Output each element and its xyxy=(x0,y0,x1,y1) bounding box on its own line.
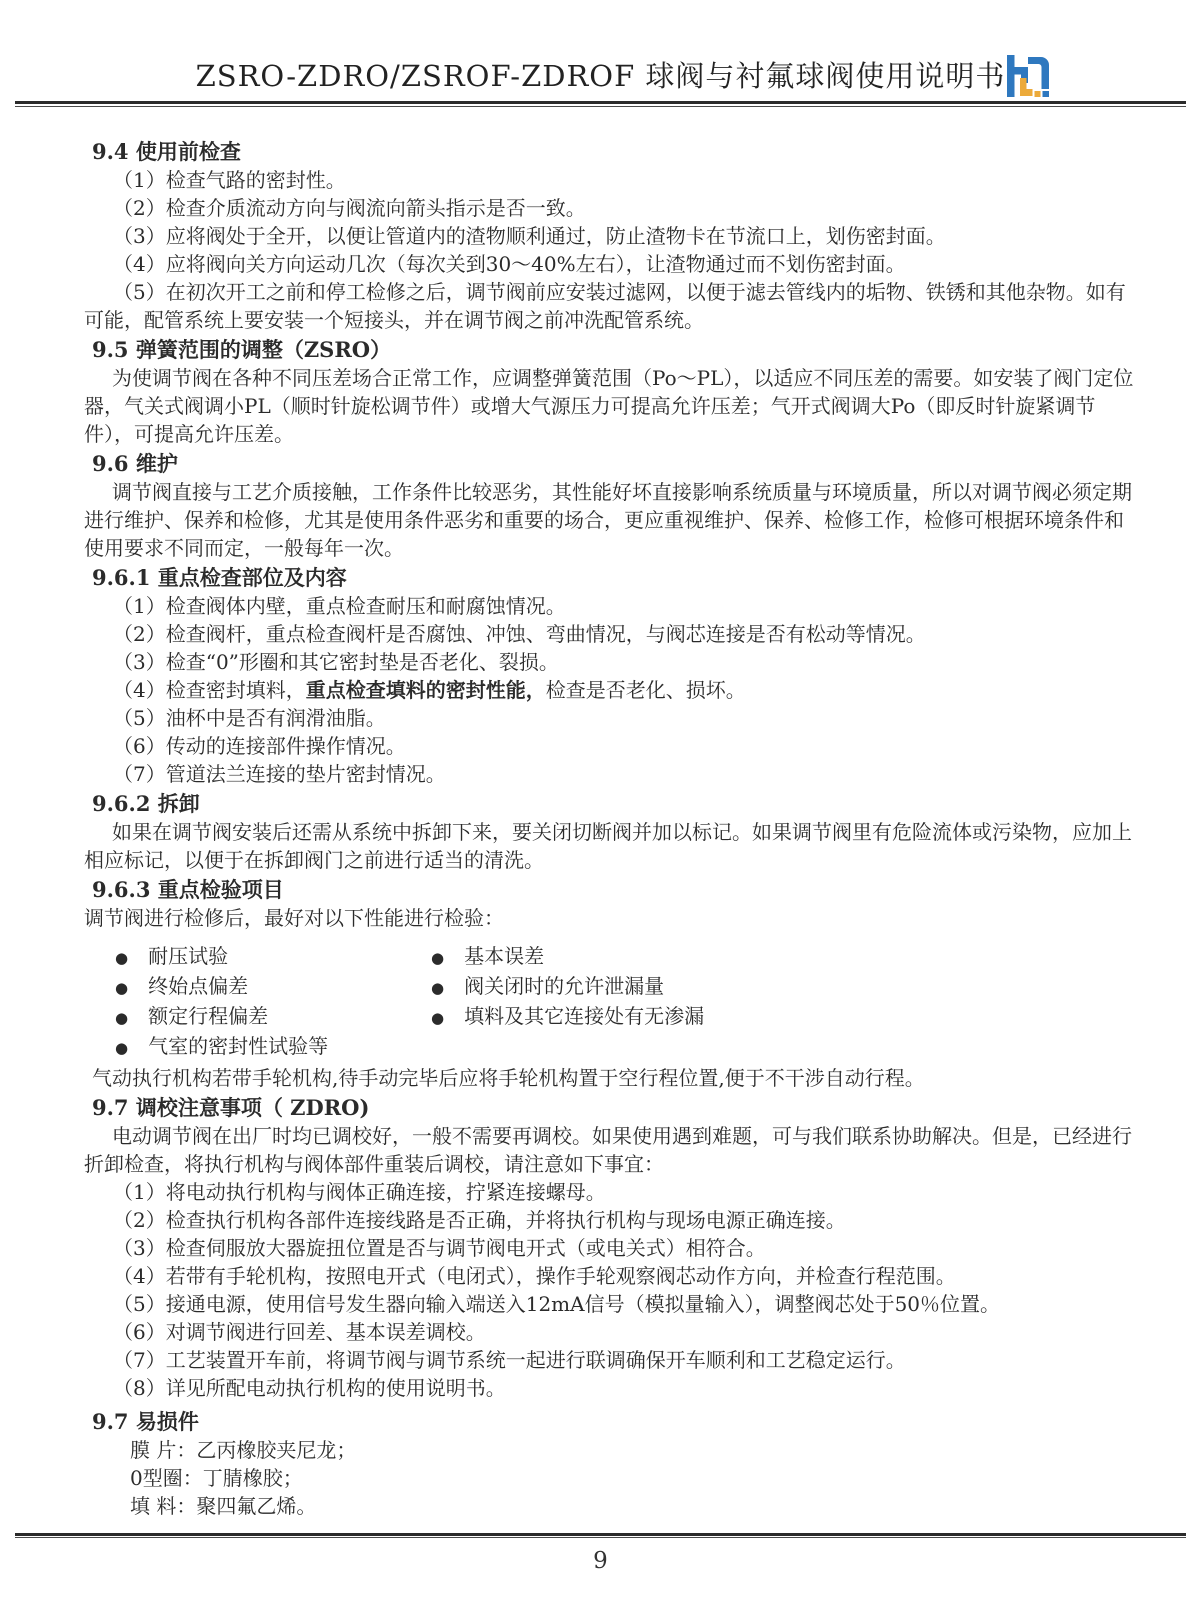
bullet-item: ●终始点偏差 xyxy=(115,972,431,1002)
heading-9-6-1: 9.6.1 重点检查部位及内容 xyxy=(84,564,1135,592)
list-item: （3）检查“0”形圈和其它密封垫是否老化、裂损。 xyxy=(84,648,1135,676)
company-logo-icon xyxy=(1007,52,1049,102)
heading-9-6: 9.6 维护 xyxy=(84,450,1135,478)
bullet-icon: ● xyxy=(115,1034,128,1062)
heading-9-6-2: 9.6.2 拆卸 xyxy=(84,790,1135,818)
list-item: （1）将电动执行机构与阀体正确连接，拧紧连接螺母。 xyxy=(84,1178,1135,1206)
bullet-icon: ● xyxy=(115,974,128,1002)
footer-divider xyxy=(15,1533,1186,1538)
list-item: （1）检查阀体内壁，重点检查耐压和耐腐蚀情况。 xyxy=(84,592,1135,620)
bullet-label: 填料及其它连接处有无渗漏 xyxy=(464,1002,704,1030)
list-item: （1）检查气路的密封性。 xyxy=(84,166,1135,194)
heading-9-7-wear-parts: 9.7 易损件 xyxy=(84,1408,1135,1436)
list-item: （5）油杯中是否有润滑油脂。 xyxy=(84,704,1135,732)
list-item: （2）检查阀杆，重点检查阀杆是否腐蚀、冲蚀、弯曲情况，与阀芯连接是否有松动等情况… xyxy=(84,620,1135,648)
list-item: （7）管道法兰连接的垫片密封情况。 xyxy=(84,760,1135,788)
list-item: （3）检查伺服放大器旋扭位置是否与调节阀电开式（或电关式）相符合。 xyxy=(84,1234,1135,1262)
list-item: （2）检查执行机构各部件连接线路是否正确，并将执行机构与现场电源正确连接。 xyxy=(84,1206,1135,1234)
bullet-item: ●耐压试验 xyxy=(115,942,431,972)
bullet-icon: ● xyxy=(431,944,444,972)
list-item: （6）传动的连接部件操作情况。 xyxy=(84,732,1135,760)
manual-page: ZSRO-ZDRO/ZSROF-ZDROF 球阀与衬氟球阀使用说明书 9.4 使… xyxy=(0,0,1201,1616)
page-number: 9 xyxy=(0,1548,1201,1574)
bullet-icon: ● xyxy=(431,974,444,1002)
bullet-item: ●基本误差 xyxy=(431,942,1135,972)
bullet-item: ●额定行程偏差 xyxy=(115,1002,431,1032)
list-item: （5）在初次开工之前和停工检修之后，调节阀前应安装过滤网，以便于滤去管线内的垢物… xyxy=(84,278,1135,334)
paragraph: 为使调节阀在各种不同压差场合正常工作，应调整弹簧范围（Po～PL），以适应不同压… xyxy=(84,364,1135,448)
emphasized-text: 重点检查填料的密封性能， xyxy=(306,678,546,702)
bullet-label: 基本误差 xyxy=(464,942,544,970)
bullet-label: 阀关闭时的允许泄漏量 xyxy=(464,972,664,1000)
bullet-label: 额定行程偏差 xyxy=(148,1002,268,1030)
list-item: （6）对调节阀进行回差、基本误差调校。 xyxy=(84,1318,1135,1346)
wear-part-line: 0型圈：丁腈橡胶； xyxy=(84,1464,1135,1492)
list-item-text: （4）检查密封填料， xyxy=(113,678,306,702)
list-item: （7）工艺装置开车前，将调节阀与调节系统一起进行联调确保开车顺利和工艺稳定运行。 xyxy=(84,1346,1135,1374)
bullet-label: 耐压试验 xyxy=(148,942,228,970)
heading-9-6-3: 9.6.3 重点检验项目 xyxy=(84,876,1135,904)
heading-9-4: 9.4 使用前检查 xyxy=(84,138,1135,166)
bullet-label: 气室的密封性试验等 xyxy=(148,1032,328,1060)
list-item: （4）应将阀向关方向运动几次（每次关到30～40%左右），让渣物通过而不划伤密封… xyxy=(84,250,1135,278)
page-content: 9.4 使用前检查 （1）检查气路的密封性。 （2）检查介质流动方向与阀流向箭头… xyxy=(0,106,1201,1520)
bullet-icon: ● xyxy=(115,1004,128,1032)
paragraph: 调节阀进行检修后，最好对以下性能进行检验： xyxy=(84,904,1135,932)
list-item: （4）若带有手轮机构，按照电开式（电闭式），操作手轮观察阀芯动作方向，并检查行程… xyxy=(84,1262,1135,1290)
list-item: （4）检查密封填料，重点检查填料的密封性能，检查是否老化、损坏。 xyxy=(84,676,1135,704)
wear-part-line: 膜 片：乙丙橡胶夹尼龙； xyxy=(84,1436,1135,1464)
list-item: （2）检查介质流动方向与阀流向箭头指示是否一致。 xyxy=(84,194,1135,222)
heading-9-5: 9.5 弹簧范围的调整（ZSRO） xyxy=(84,336,1135,364)
bullet-icon: ● xyxy=(431,1004,444,1032)
paragraph: 电动调节阀在出厂时均已调校好，一般不需要再调校。如果使用遇到难题，可与我们联系协… xyxy=(84,1122,1135,1178)
wear-part-line: 填 料：聚四氟乙烯。 xyxy=(84,1492,1135,1520)
bullet-label: 终始点偏差 xyxy=(148,972,248,1000)
bullet-item: ●气室的密封性试验等 xyxy=(115,1032,431,1062)
list-item: （3）应将阀处于全开，以便让管道内的渣物顺利通过，防止渣物卡在节流口上，划伤密封… xyxy=(84,222,1135,250)
bullet-icon: ● xyxy=(115,944,128,972)
list-item-text: 检查是否老化、损坏。 xyxy=(546,678,746,702)
bullet-item: ●填料及其它连接处有无渗漏 xyxy=(431,1002,1135,1032)
paragraph: 如果在调节阀安装后还需从系统中拆卸下来，要关闭切断阀并加以标记。如果调节阀里有危… xyxy=(84,818,1135,874)
handwheel-note: 气动执行机构若带手轮机构,待手动完毕后应将手轮机构置于空行程位置,便于不干涉自动… xyxy=(84,1064,1135,1092)
paragraph: 调节阀直接与工艺介质接触，工作条件比较恶劣，其性能好坏直接影响系统质量与环境质量… xyxy=(84,478,1135,562)
list-item: （8）详见所配电动执行机构的使用说明书。 xyxy=(84,1374,1135,1402)
heading-9-7-calibration: 9.7 调校注意事项（ ZDRO) xyxy=(84,1094,1135,1122)
page-header: ZSRO-ZDRO/ZSROF-ZDROF 球阀与衬氟球阀使用说明书 xyxy=(0,0,1201,103)
list-item: （5）接通电源，使用信号发生器向输入端送入12mA信号（模拟量输入），调整阀芯处… xyxy=(84,1290,1135,1318)
inspection-bullet-list: ●耐压试验 ●基本误差 ●终始点偏差 ●阀关闭时的允许泄漏量 ●额定行程偏差 ●… xyxy=(84,942,1135,1062)
bullet-item: ●阀关闭时的允许泄漏量 xyxy=(431,972,1135,1002)
